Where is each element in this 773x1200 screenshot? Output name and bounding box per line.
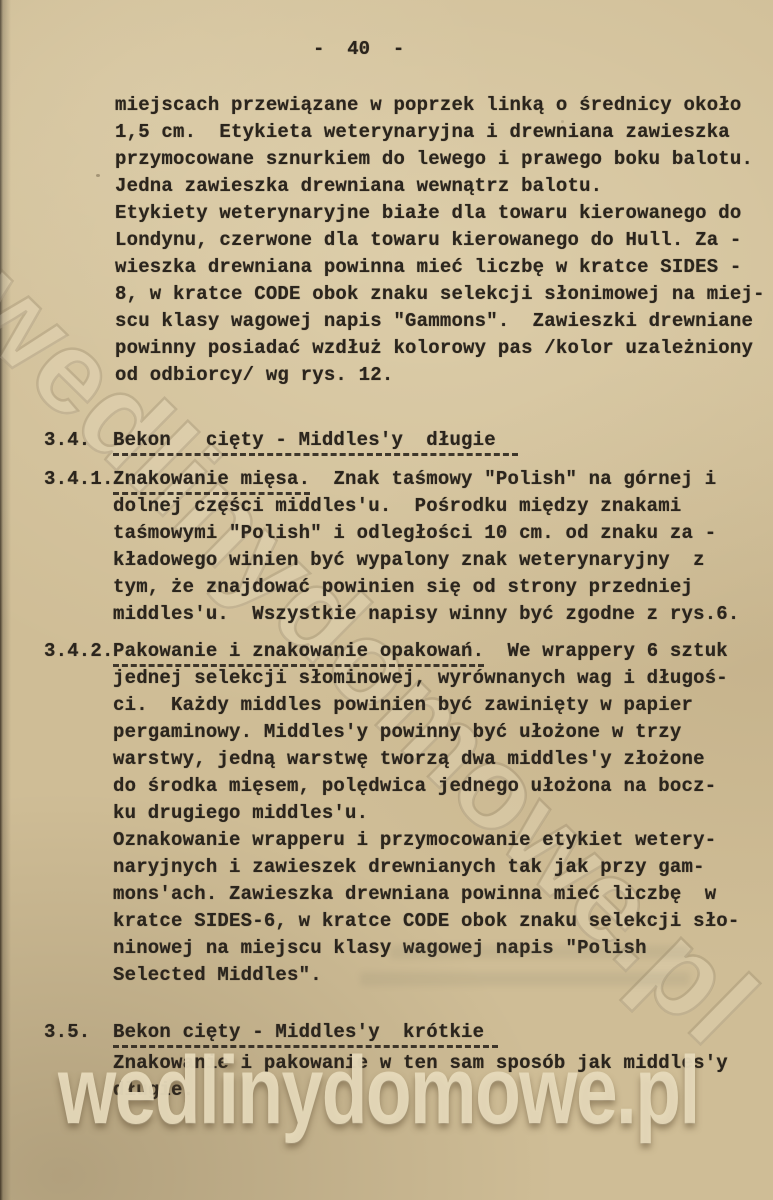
section-body: jednej selekcji słominowej, wyrównanych … — [113, 665, 773, 989]
text-line: naryjnych i zawieszek drewnianych tak ja… — [113, 854, 773, 881]
section-heading-line: Pakowanie i znakowanie opakowań. We wrap… — [113, 638, 773, 665]
section-heading: Znakowanie mięsa. — [113, 468, 310, 495]
section-3-5: 3.5. Bekon cięty - Middles'y krótkie Zna… — [113, 1019, 773, 1104]
section-number: 3.4. — [44, 427, 90, 454]
section-heading-rest: We wrappery 6 sztuk — [484, 640, 728, 662]
text-line: kratce SIDES-6, w kratce CODE obok znaku… — [113, 908, 773, 935]
text-line: od odbiorcy/ wg rys. 12. — [115, 362, 773, 389]
text-line: mons'ach. Zawieszka drewniana powinna mi… — [113, 881, 773, 908]
text-line: 8, w kratce CODE obok znaku selekcji sło… — [115, 281, 773, 308]
text-line: Znakowanie i pakowanie w ten sam sposób … — [113, 1050, 773, 1077]
text-line: scu klasy wagowej napis "Gammons". Zawie… — [115, 308, 773, 335]
section-3-4-2: 3.4.2. Pakowanie i znakowanie opakowań. … — [113, 638, 773, 989]
section-3-4: 3.4. Bekon cięty - Middles'y długie — [113, 427, 773, 458]
text-line: powinny posiadać wzdłuż kolorowy pas /ko… — [115, 335, 773, 362]
text-line: wieszka drewniana powinna mieć liczbę w … — [115, 254, 773, 281]
section-title: Bekon cięty - Middles'y krótkie — [113, 1021, 498, 1048]
paper-speck — [561, 120, 564, 123]
text-line: middles'u. Wszystkie napisy winny być zg… — [113, 601, 773, 628]
text-line: 1,5 cm. Etykieta weterynaryjna i drewnia… — [115, 119, 773, 146]
text-line: tym, że znajdować powinien się od strony… — [113, 574, 773, 601]
scanned-document-page: wedlinydomowe.pl - 40 - miejscach przewi… — [0, 0, 773, 1200]
text-line: warstwy, jedną warstwę tworzą dwa middle… — [113, 746, 773, 773]
section-number: 3.5. — [44, 1019, 90, 1046]
page-number: - 40 - — [313, 38, 404, 60]
text-line: długie. — [113, 1077, 773, 1104]
section-heading: Pakowanie i znakowanie opakowań. — [113, 640, 484, 667]
bleed-through-smudge — [390, 945, 690, 959]
section-number: 3.4.1. — [44, 466, 114, 493]
paper-speck — [96, 174, 100, 177]
text-line: Jedna zawieszka drewniana wewnątrz balot… — [115, 173, 773, 200]
text-line: dolnej części middles'u. Pośrodku między… — [113, 493, 773, 520]
text-line: kładowego winien być wypalony znak weter… — [113, 547, 773, 574]
section-body: Znakowanie i pakowanie w ten sam sposób … — [113, 1050, 773, 1104]
text-line: pergaminowy. Middles'y powinny być ułożo… — [113, 719, 773, 746]
text-line: ci. Każdy middles powinien być zawinięty… — [113, 692, 773, 719]
section-number: 3.4.2. — [44, 638, 114, 665]
text-line: miejscach przewiązane w poprzek linką o … — [115, 92, 773, 119]
text-line: przymocowane sznurkiem do lewego i prawe… — [115, 146, 773, 173]
bleed-through-smudge — [360, 972, 690, 986]
section-heading-line: Bekon cięty - Middles'y krótkie — [113, 1019, 773, 1046]
text-line: do środka mięsem, polędwica jednego ułoż… — [113, 773, 773, 800]
section-heading-rest: Znak taśmowy "Polish" na górnej i — [310, 468, 716, 490]
section-heading-line: Znakowanie mięsa. Znak taśmowy "Polish" … — [113, 466, 773, 493]
text-line: jednej selekcji słominowej, wyrównanych … — [113, 665, 773, 692]
section-body: dolnej części middles'u. Pośrodku między… — [113, 493, 773, 628]
text-line: Londynu, czerwone dla towaru kierowanego… — [115, 227, 773, 254]
text-line: ku drugiego middles'u. — [113, 800, 773, 827]
section-3-4-1: 3.4.1. Znakowanie mięsa. Znak taśmowy "P… — [113, 466, 773, 628]
section-title: Bekon cięty - Middles'y długie — [113, 429, 518, 456]
text-line: taśmowymi "Polish" i odległości 10 cm. o… — [113, 520, 773, 547]
intro-paragraph: miejscach przewiązane w poprzek linką o … — [115, 92, 773, 389]
text-line: Oznakowanie wrapperu i przymocowanie ety… — [113, 827, 773, 854]
text-line: Etykiety weterynaryjne białe dla towaru … — [115, 200, 773, 227]
